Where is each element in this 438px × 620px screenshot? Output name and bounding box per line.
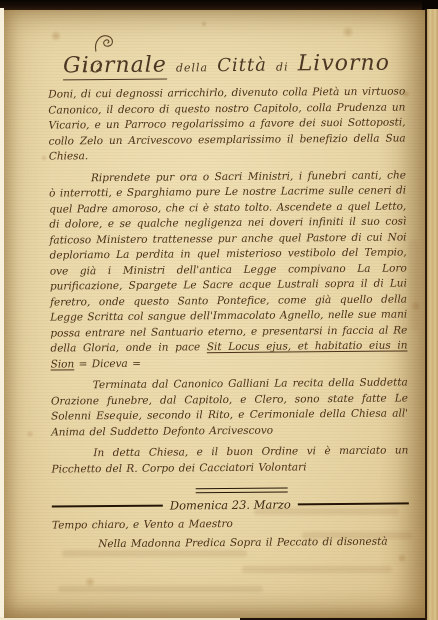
title-word-citta: Città — [217, 55, 267, 76]
title-word-di: di — [276, 60, 289, 73]
handwritten-content: 112 Giornale della Città di Livorno Doni… — [48, 36, 409, 552]
weather-note: Tempo chiaro, e Vento a Maestro — [52, 515, 409, 534]
manuscript-page: 112 Giornale della Città di Livorno Doni… — [4, 10, 427, 618]
book-fore-edge — [425, 9, 438, 620]
title-word-livorno: Livorno — [298, 51, 390, 77]
page-header: 112 Giornale della Città di Livorno — [48, 36, 405, 87]
title-word-giornale: Giornale — [63, 53, 167, 81]
paragraph-eulogy-text: Riprendete pur ora o Sacri Ministri, i f… — [49, 169, 407, 355]
spiral-flourish-icon — [93, 33, 117, 55]
paragraph-eulogy-close: = Diceva = — [74, 357, 141, 370]
paragraph-picket: In detta Chiesa, e il buon Ordine vi è m… — [51, 443, 408, 477]
date-rule-right — [298, 503, 409, 506]
paragraph-exequies: Terminata dal Canonico Galliani La recit… — [51, 375, 409, 440]
page-title: Giornale della Città di Livorno — [63, 51, 390, 79]
section-divider-double-rule — [196, 487, 288, 493]
paragraph-eulogy-main: Riprendete pur ora o Sacri Ministri, i f… — [49, 168, 408, 373]
entry-date: Domenica 23. Marzo — [170, 497, 291, 512]
manuscript-scan: 112 Giornale della Città di Livorno Doni… — [0, 0, 438, 620]
sermon-note: Nella Madonna Predica Sopra il Peccato d… — [98, 534, 409, 552]
ink-bleed-through — [409, 240, 419, 330]
ink-bleed-through — [58, 586, 263, 592]
ink-bleed-through — [242, 566, 392, 573]
date-heading-row: Domenica 23. Marzo — [52, 496, 409, 513]
paragraph-eulogy-intro: Doni, di cui degnossi arricchirlo, diven… — [48, 84, 406, 165]
date-rule-left — [52, 505, 163, 508]
title-word-della: della — [176, 61, 208, 74]
